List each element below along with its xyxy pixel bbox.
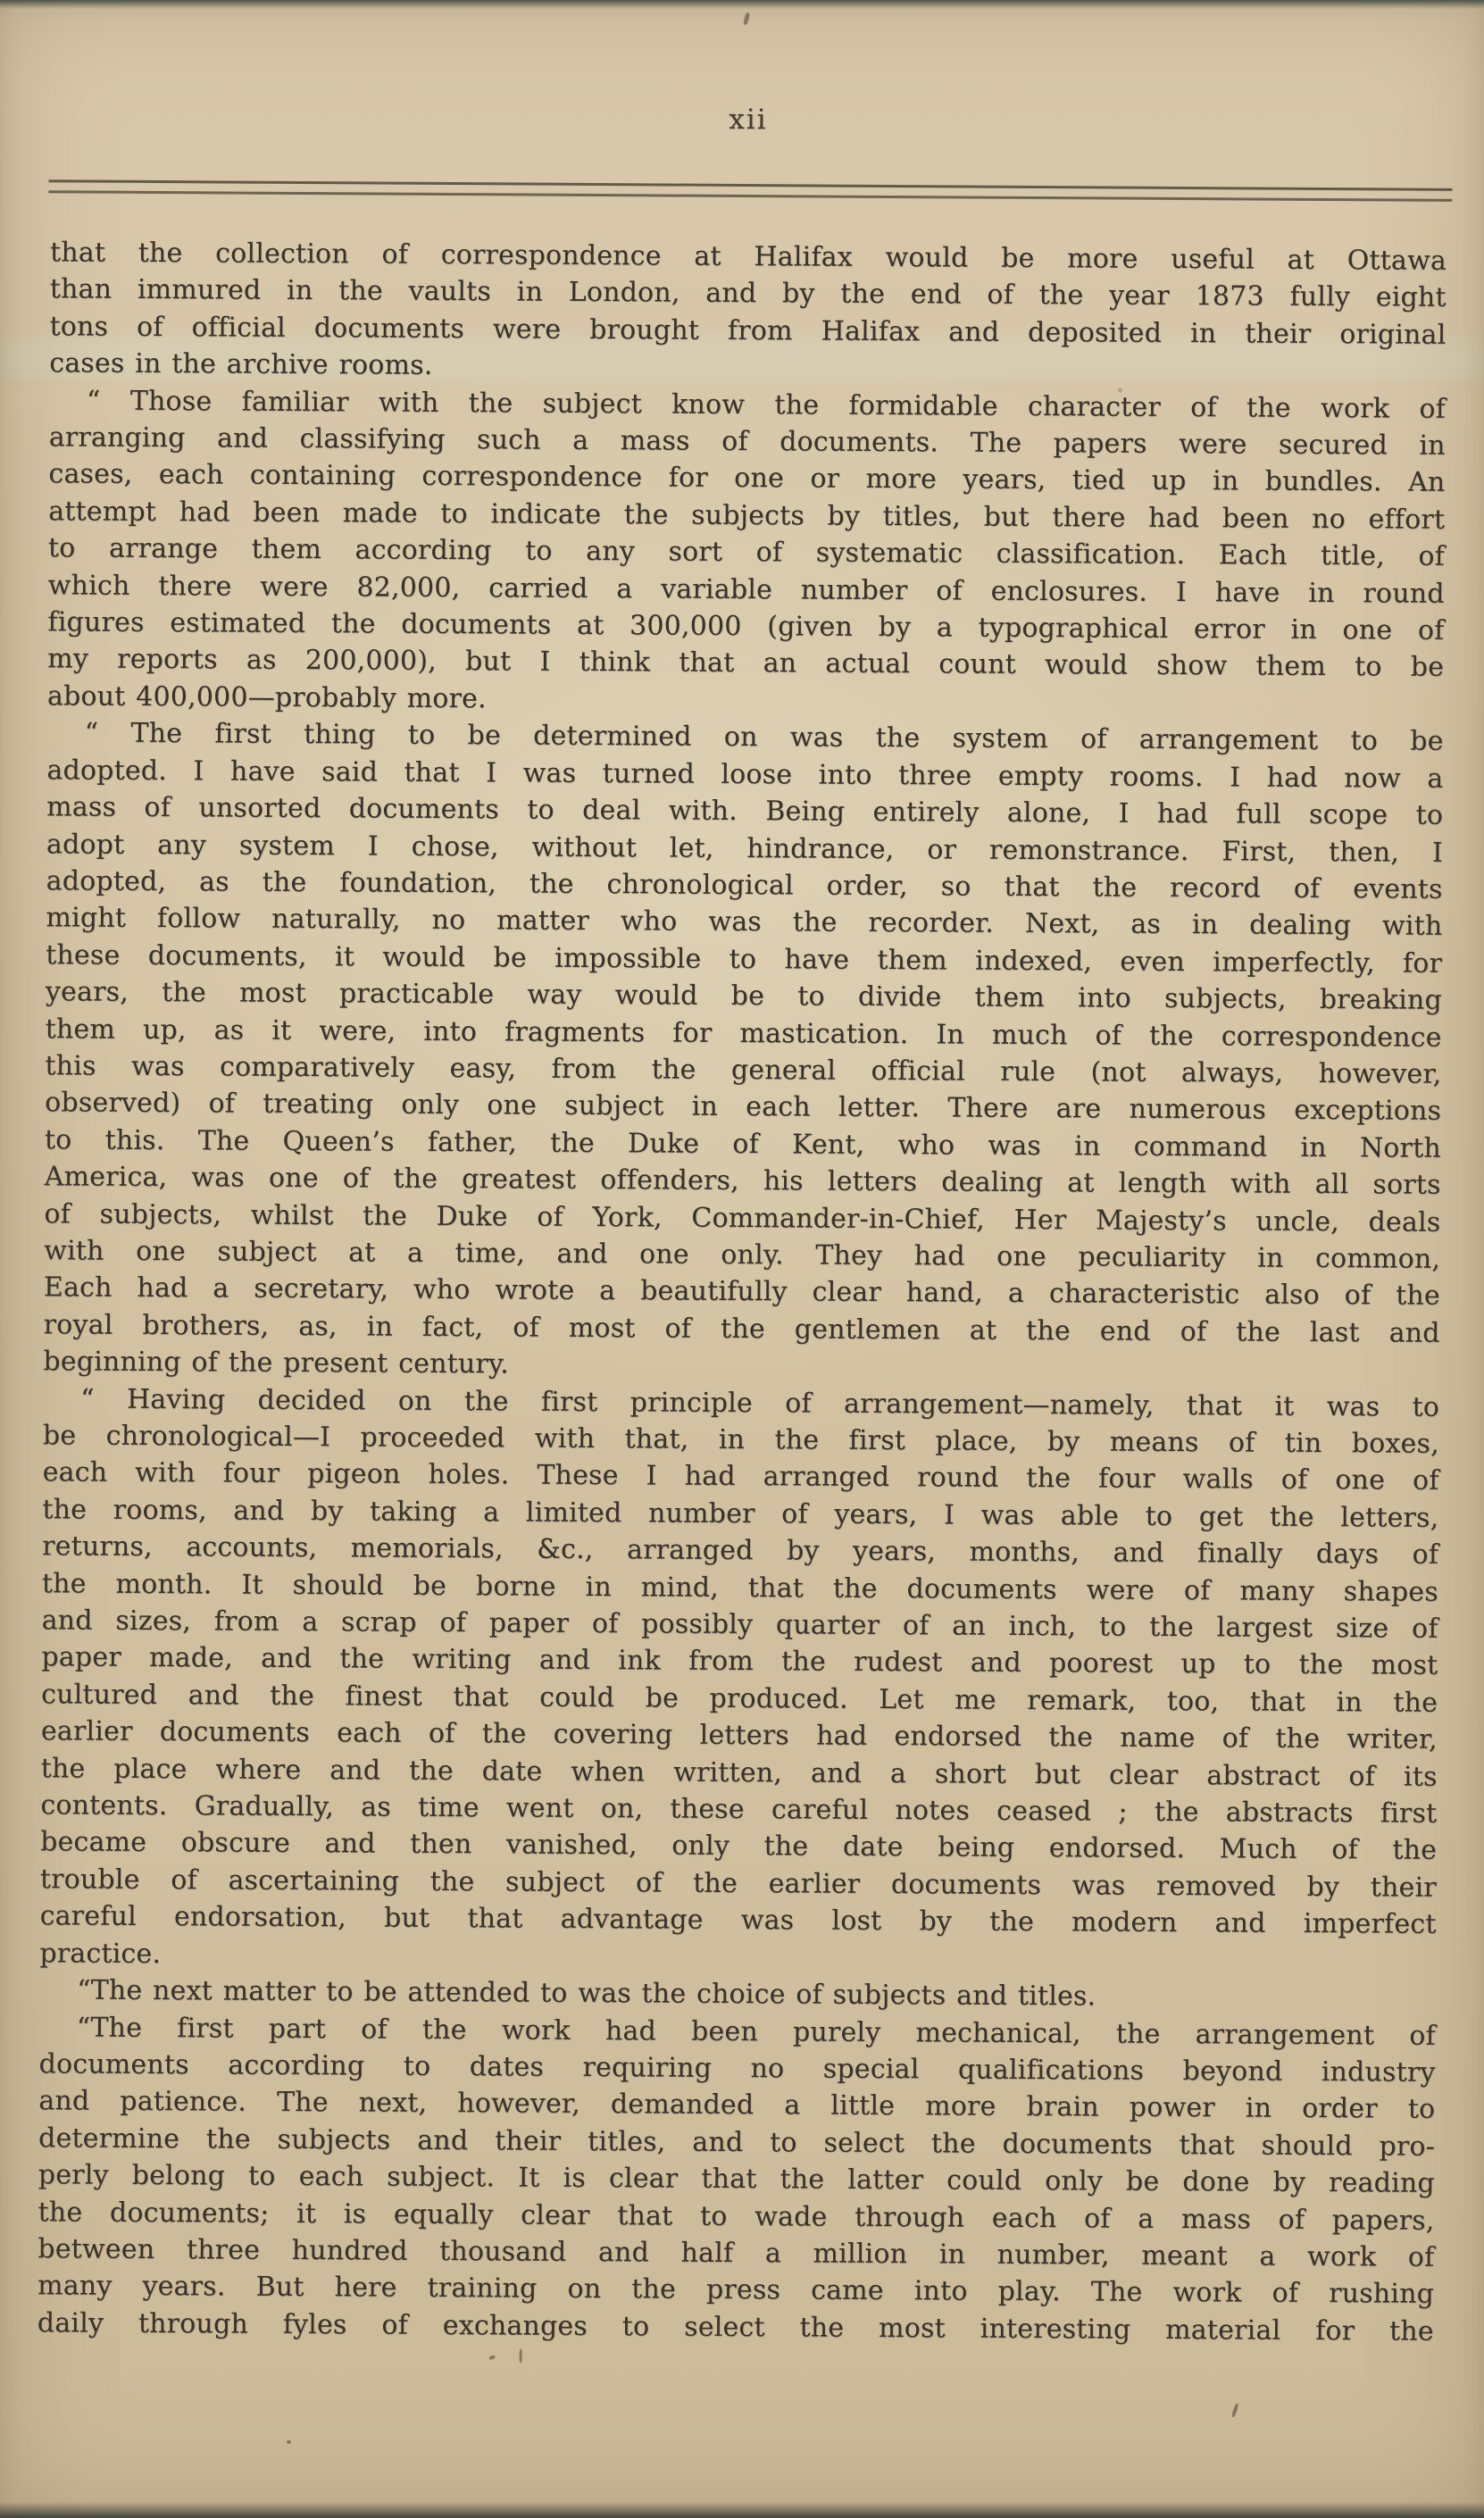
paragraph: “ The first thing to be determined on wa… xyxy=(43,715,1444,1389)
text-line: daily through fyles of exchanges to sele… xyxy=(38,2305,1434,2350)
paragraph: that the collection of correspondence at… xyxy=(49,234,1446,390)
scan-edge-bottom xyxy=(0,2502,1484,2518)
paper-speckle xyxy=(520,2349,522,2364)
paragraph: “The first part of the work had been pur… xyxy=(38,2009,1436,2350)
paper-speckle xyxy=(743,13,750,26)
page-sheet: xii that the collection of correspondenc… xyxy=(0,0,1484,2518)
page-number: xii xyxy=(6,99,1484,140)
paper-speckle xyxy=(287,2440,291,2444)
paper-speckle xyxy=(1231,2403,1239,2417)
paper-speckle xyxy=(488,2355,496,2361)
scan-edge-top xyxy=(0,0,1484,9)
paragraph: “ Those familiar with the subject know t… xyxy=(47,382,1446,723)
header-double-rule xyxy=(48,179,1452,202)
scanned-page: { "page": { "page_number": "xii", "parag… xyxy=(0,0,1484,2518)
paragraph: “ Having decided on the first principle … xyxy=(39,1380,1439,1980)
text-block: that the collection of correspondence at… xyxy=(38,234,1446,2350)
